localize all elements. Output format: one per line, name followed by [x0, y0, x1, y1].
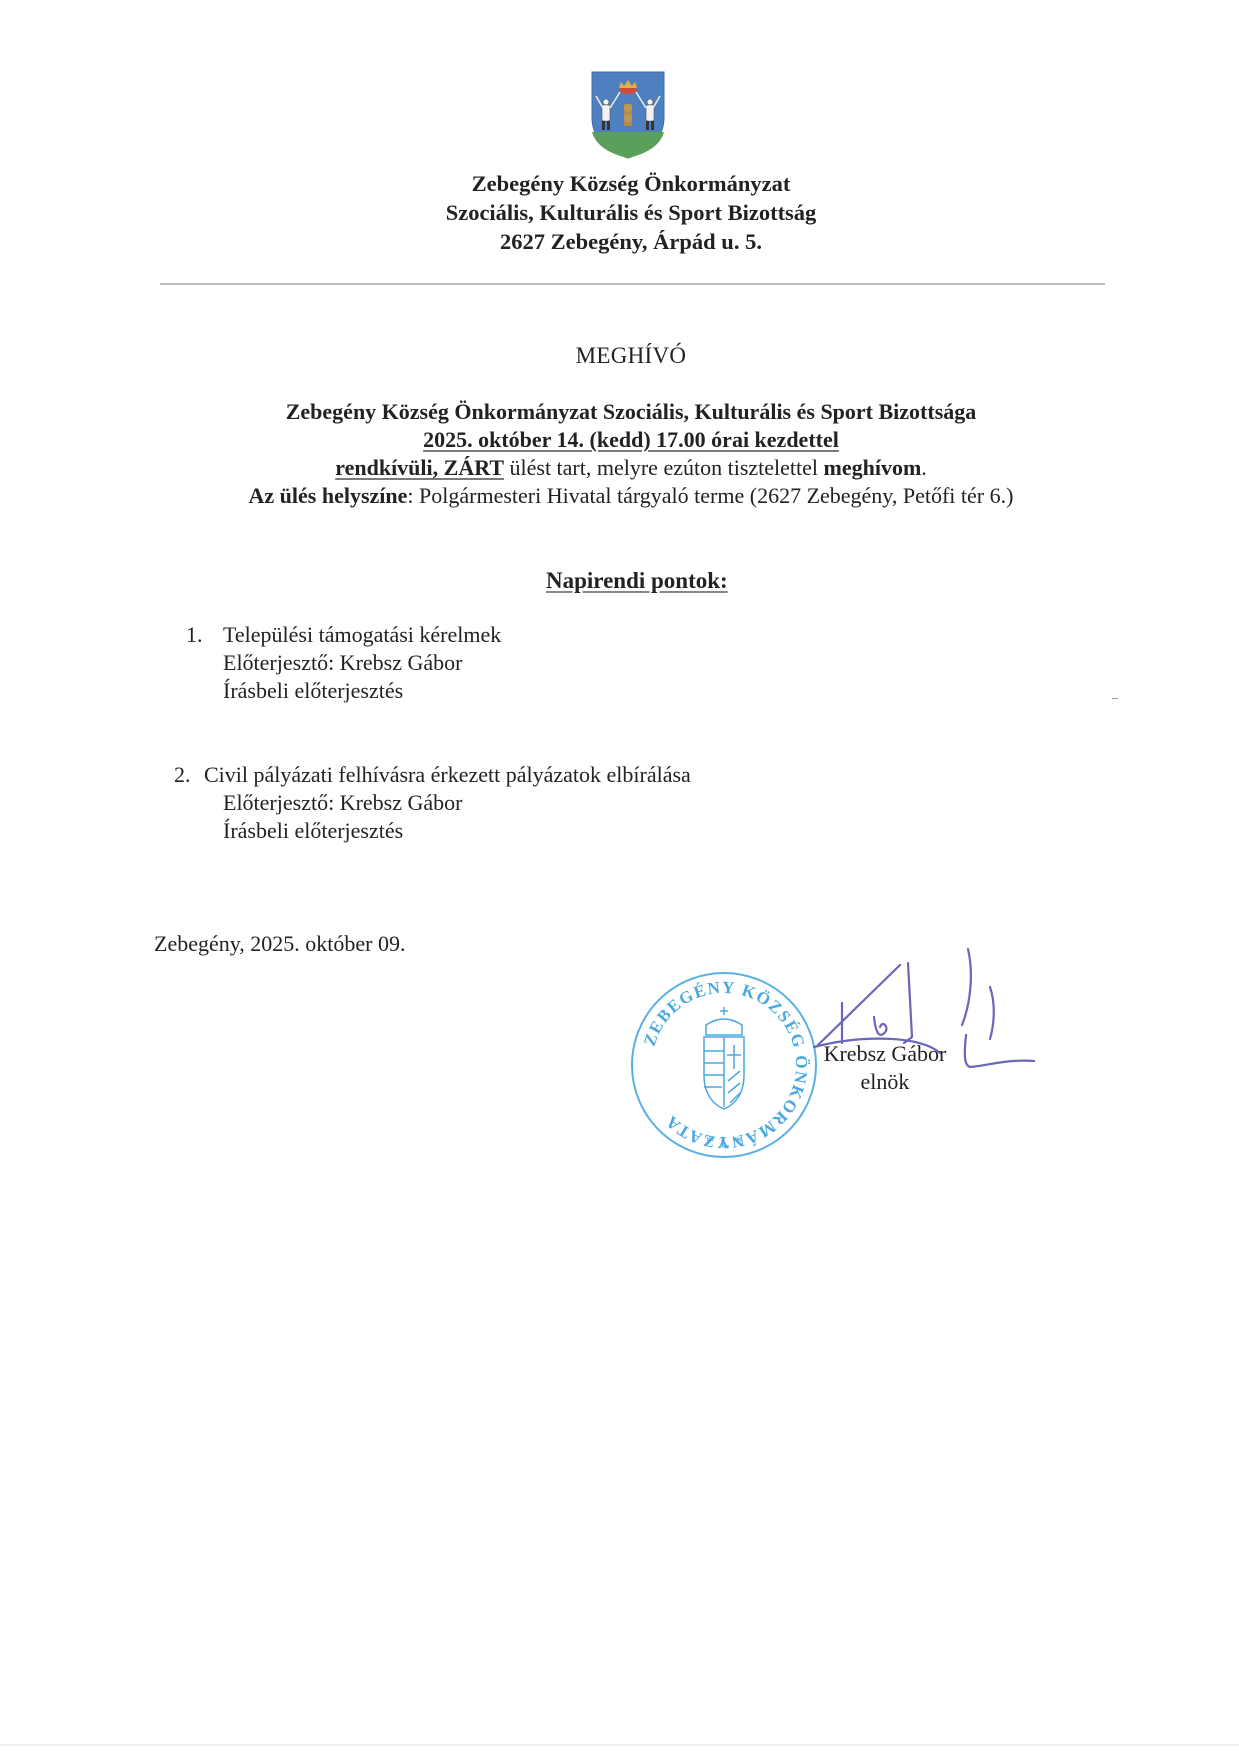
agenda-item-form: Írásbeli előterjesztés [223, 677, 403, 705]
signer-name: Krebsz Gábor [815, 1040, 955, 1068]
agenda-heading: Napirendi pontok: [546, 568, 728, 594]
agenda-item-title: Civil pályázati felhívásra érkezett pály… [204, 761, 691, 789]
svg-text:ZEBEGÉNY KÖZSÉG ÖNKORMÁNYZATA: ZEBEGÉNY KÖZSÉG ÖNKORMÁNYZATA [640, 978, 811, 1152]
document-title: MEGHÍVÓ [0, 343, 1239, 369]
agenda-item: 2. Civil pályázati felhívásra érkezett p… [0, 761, 800, 851]
agenda-item-number: 2. [174, 761, 191, 789]
invitation-text: ülést tart, melyre ezúton tisztelettel [504, 455, 824, 480]
invitation-intro: Zebegény Község Önkormányzat Szociális, … [0, 398, 1239, 510]
invite-verb: meghívom [824, 455, 922, 480]
issuer-name: Zebegény Község Önkormányzat [0, 169, 1239, 198]
svg-text:* 1. *: * 1. * [706, 1134, 742, 1151]
coat-of-arms-icon [590, 70, 666, 160]
header-divider [160, 283, 1105, 285]
location-label: Az ülés helyszíne [249, 483, 408, 508]
meeting-location-line: Az ülés helyszíne: Polgármesteri Hivatal… [0, 482, 1239, 510]
date-place: Zebegény, 2025. október 09. [154, 931, 406, 957]
scan-artifact [1112, 698, 1118, 699]
committee-name: Szociális, Kulturális és Sport Bizottság [0, 198, 1239, 227]
meeting-datetime: 2025. október 14. (kedd) 17.00 órai kezd… [0, 426, 1239, 454]
official-stamp-icon: ZEBEGÉNY KÖZSÉG ÖNKORMÁNYZATA * 1. * [624, 965, 824, 1165]
period: . [921, 455, 927, 480]
agenda-item-form: Írásbeli előterjesztés [223, 817, 403, 845]
meeting-type-line: rendkívüli, ZÁRT ülést tart, melyre ezút… [0, 454, 1239, 482]
agenda-item-presenter: Előterjesztő: Krebsz Gábor [223, 789, 462, 817]
signer-role: elnök [815, 1068, 955, 1096]
location-value: : Polgármesteri Hivatal tárgyaló terme (… [407, 483, 1013, 508]
agenda-item-number: 1. [186, 621, 203, 649]
scan-edge [0, 1744, 1239, 1746]
committee-full-name: Zebegény Község Önkormányzat Szociális, … [0, 398, 1239, 426]
signer-block: Krebsz Gábor elnök [815, 1040, 955, 1096]
agenda-item-presenter: Előterjesztő: Krebsz Gábor [223, 649, 462, 677]
agenda-item: 1. Települési támogatási kérelmek Előter… [0, 621, 800, 711]
issuer-address: 2627 Zebegény, Árpád u. 5. [0, 227, 1239, 256]
agenda-item-title: Települési támogatási kérelmek [223, 621, 501, 649]
meeting-type: rendkívüli, ZÁRT [335, 455, 504, 480]
